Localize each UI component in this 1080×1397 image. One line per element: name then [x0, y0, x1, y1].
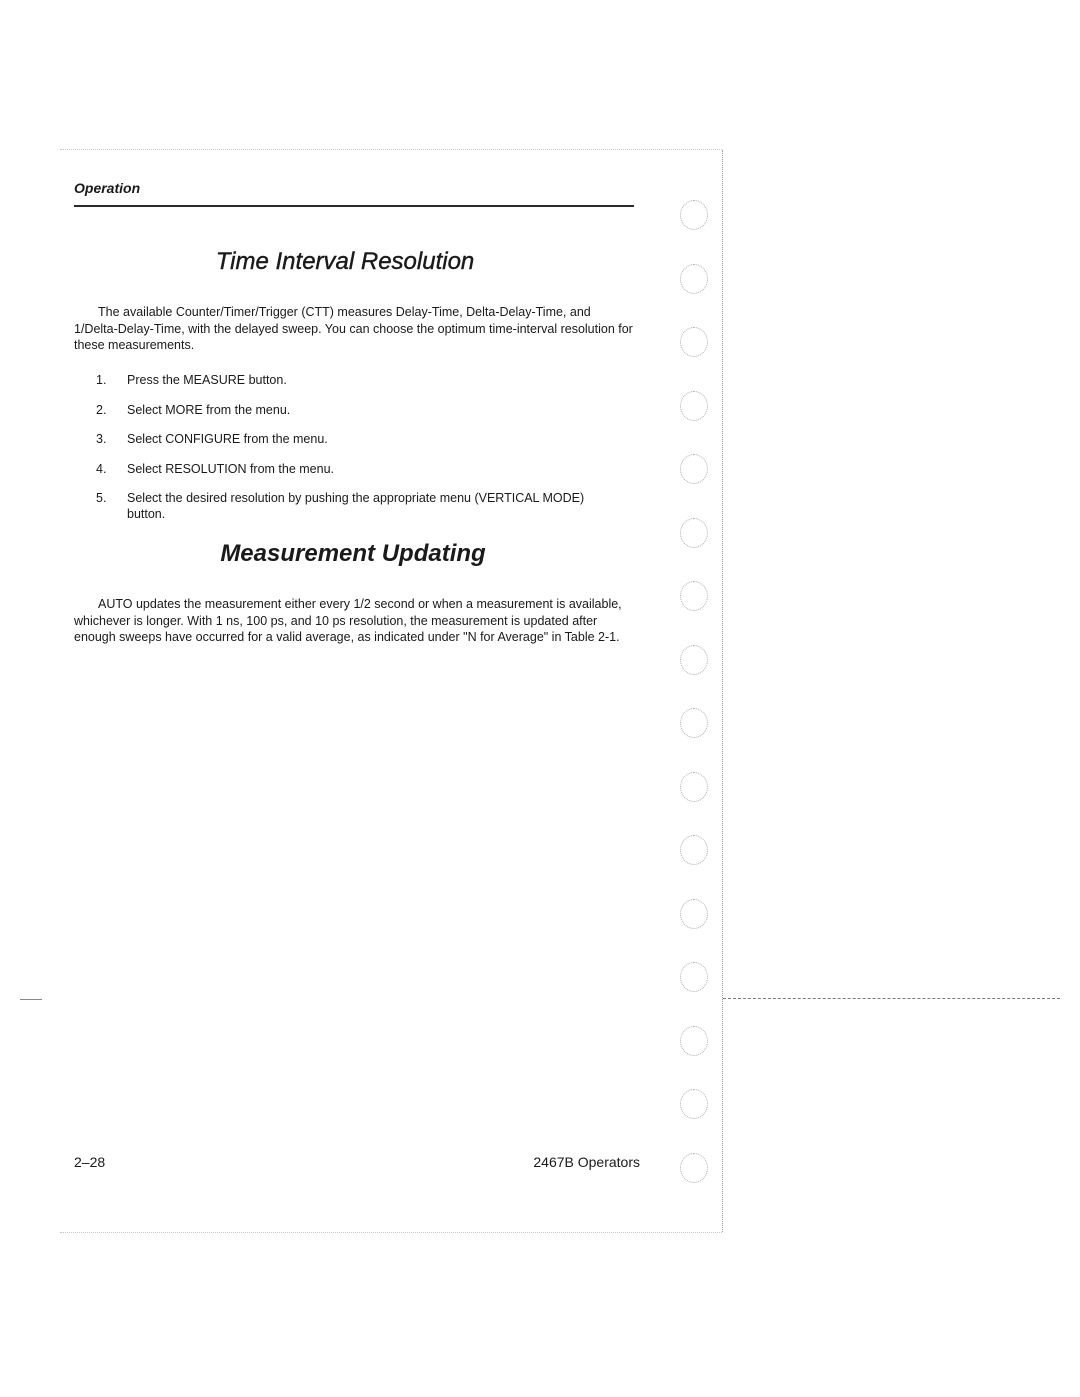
manual-title: 2467B Operators: [500, 1154, 640, 1170]
procedure-steps: 1.Press the MEASURE button. 2.Select MOR…: [96, 373, 616, 536]
running-head: Operation: [74, 180, 140, 196]
punch-hole-icon: [680, 581, 708, 611]
page-edge-bottom: [60, 1232, 722, 1233]
step-item: 5.Select the desired resolution by pushi…: [96, 491, 616, 522]
step-text: Select CONFIGURE from the menu.: [127, 432, 616, 448]
punch-hole-icon: [680, 962, 708, 992]
punch-hole-icon: [680, 899, 708, 929]
step-text: Select RESOLUTION from the menu.: [127, 462, 616, 478]
step-number: 5.: [96, 491, 127, 522]
updating-paragraph: AUTO updates the measurement either ever…: [74, 596, 636, 646]
page-edge-top: [60, 149, 722, 150]
punch-hole-icon: [680, 645, 708, 675]
step-number: 3.: [96, 432, 127, 448]
section-title-time-interval-resolution: Time Interval Resolution: [0, 248, 700, 276]
punch-hole-icon: [680, 391, 708, 421]
page-number: 2–28: [74, 1154, 105, 1170]
punch-hole-icon: [680, 454, 708, 484]
step-item: 1.Press the MEASURE button.: [96, 373, 616, 389]
section-title-measurement-updating: Measurement Updating: [0, 540, 708, 568]
step-number: 1.: [96, 373, 127, 389]
tab-divider-rule: [723, 998, 1060, 999]
punch-hole-icon: [680, 1026, 708, 1056]
step-item: 2.Select MORE from the menu.: [96, 403, 616, 419]
punch-hole-icon: [680, 772, 708, 802]
punch-hole-icon: [680, 708, 708, 738]
punch-hole-icon: [680, 1153, 708, 1183]
step-number: 4.: [96, 462, 127, 478]
step-item: 3.Select CONFIGURE from the menu.: [96, 432, 616, 448]
step-text: Press the MEASURE button.: [127, 373, 616, 389]
step-item: 4.Select RESOLUTION from the menu.: [96, 462, 616, 478]
header-rule: [74, 205, 634, 207]
punch-hole-icon: [680, 200, 708, 230]
binder-edge: [722, 150, 723, 1232]
punch-hole-icon: [680, 327, 708, 357]
intro-paragraph: The available Counter/Timer/Trigger (CTT…: [74, 304, 636, 354]
step-number: 2.: [96, 403, 127, 419]
step-text: Select the desired resolution by pushing…: [127, 491, 616, 522]
punch-hole-icon: [680, 835, 708, 865]
punch-hole-icon: [680, 1089, 708, 1119]
step-text: Select MORE from the menu.: [127, 403, 616, 419]
crop-mark: [20, 999, 42, 1000]
